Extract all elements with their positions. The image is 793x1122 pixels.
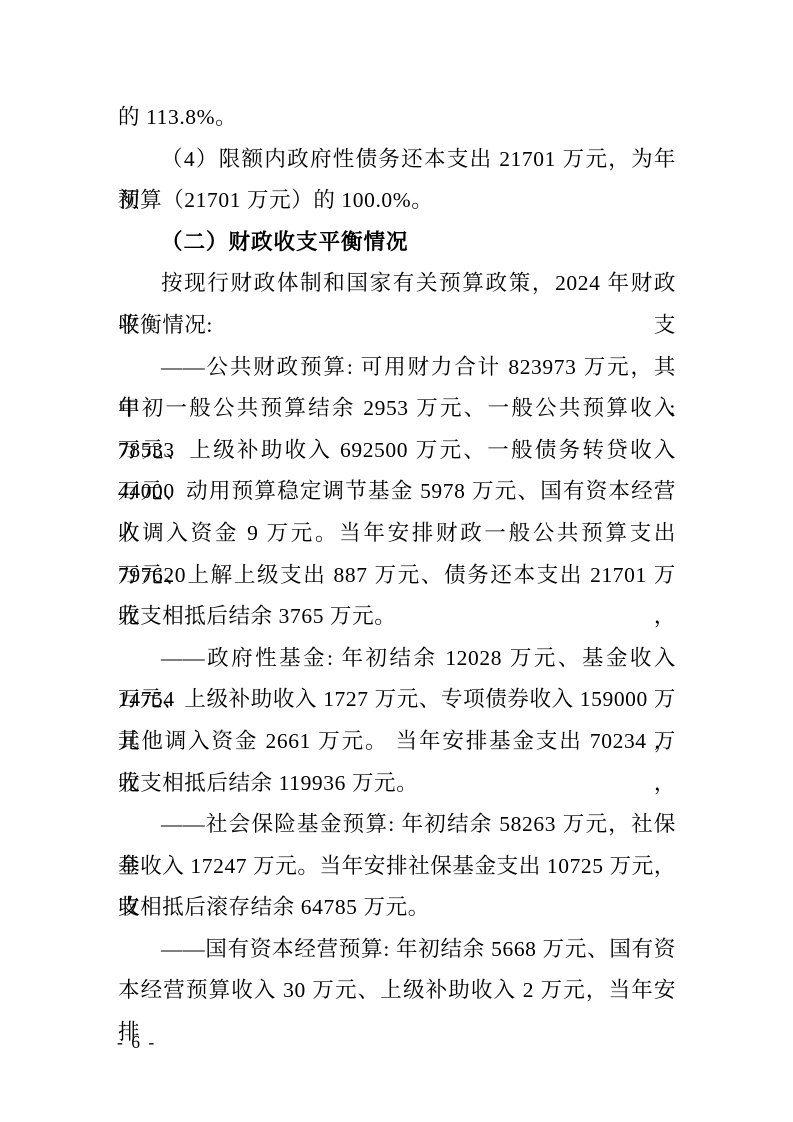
text-line: 本经营预算收入 30 万元、上级补助收入 2 万元，当年安排 bbox=[118, 970, 676, 1012]
text-line: 按现行财政体制和国家有关预算政策，2024 年财政收支 bbox=[118, 263, 676, 305]
section-heading: （二）财政收支平衡情况 bbox=[118, 222, 676, 264]
text-line: 预算（21701 万元）的 100.0%。 bbox=[118, 180, 676, 222]
text-line: 万元、动用预算稳定调节基金 5978 万元、国有资本经营收 bbox=[118, 471, 676, 513]
text-line: 万元、上级补助收入 692500 万元、一般债务转贷收入 44000 bbox=[118, 430, 676, 472]
text-line: 万元、上级补助收入 1727 万元、专项债券收入 159000 万元， bbox=[118, 679, 676, 721]
text-line: 万元、上解上级支出 887 万元、债务还本支出 21701 万元， bbox=[118, 555, 676, 597]
page-number: - 6 - bbox=[117, 1030, 156, 1054]
text-line: ——社会保险基金预算: 年初结余 58263 万元，社保基 bbox=[118, 804, 676, 846]
text-line: 年初一般公共预算结余 2953 万元、一般公共预算收入 78533 bbox=[118, 388, 676, 430]
text-line: 金收入 17247 万元。当年安排社保基金支出 10725 万元，收 bbox=[118, 846, 676, 888]
document-body: 的 113.8%。（4）限额内政府性债务还本支出 21701 万元，为年初预算（… bbox=[118, 97, 676, 1012]
text-line: （4）限额内政府性债务还本支出 21701 万元，为年初 bbox=[118, 139, 676, 181]
text-line: ——国有资本经营预算: 年初结余 5668 万元、国有资 bbox=[118, 929, 676, 971]
text-line: 支相抵后滚存结余 64785 万元。 bbox=[118, 887, 676, 929]
text-line: 其他调入资金 2661 万元。 当年安排基金支出 70234 万元， bbox=[118, 721, 676, 763]
text-line: 的 113.8%。 bbox=[118, 97, 676, 139]
text-line: ——公共财政预算: 可用财力合计 823973 万元，其中: bbox=[118, 347, 676, 389]
text-line: 入调入资金 9 万元。当年安排财政一般公共预算支出 797620 bbox=[118, 513, 676, 555]
document-page: 的 113.8%。（4）限额内政府性债务还本支出 21701 万元，为年初预算（… bbox=[0, 0, 793, 1122]
text-line: ——政府性基金: 年初结余 12028 万元、基金收入 14754 bbox=[118, 638, 676, 680]
